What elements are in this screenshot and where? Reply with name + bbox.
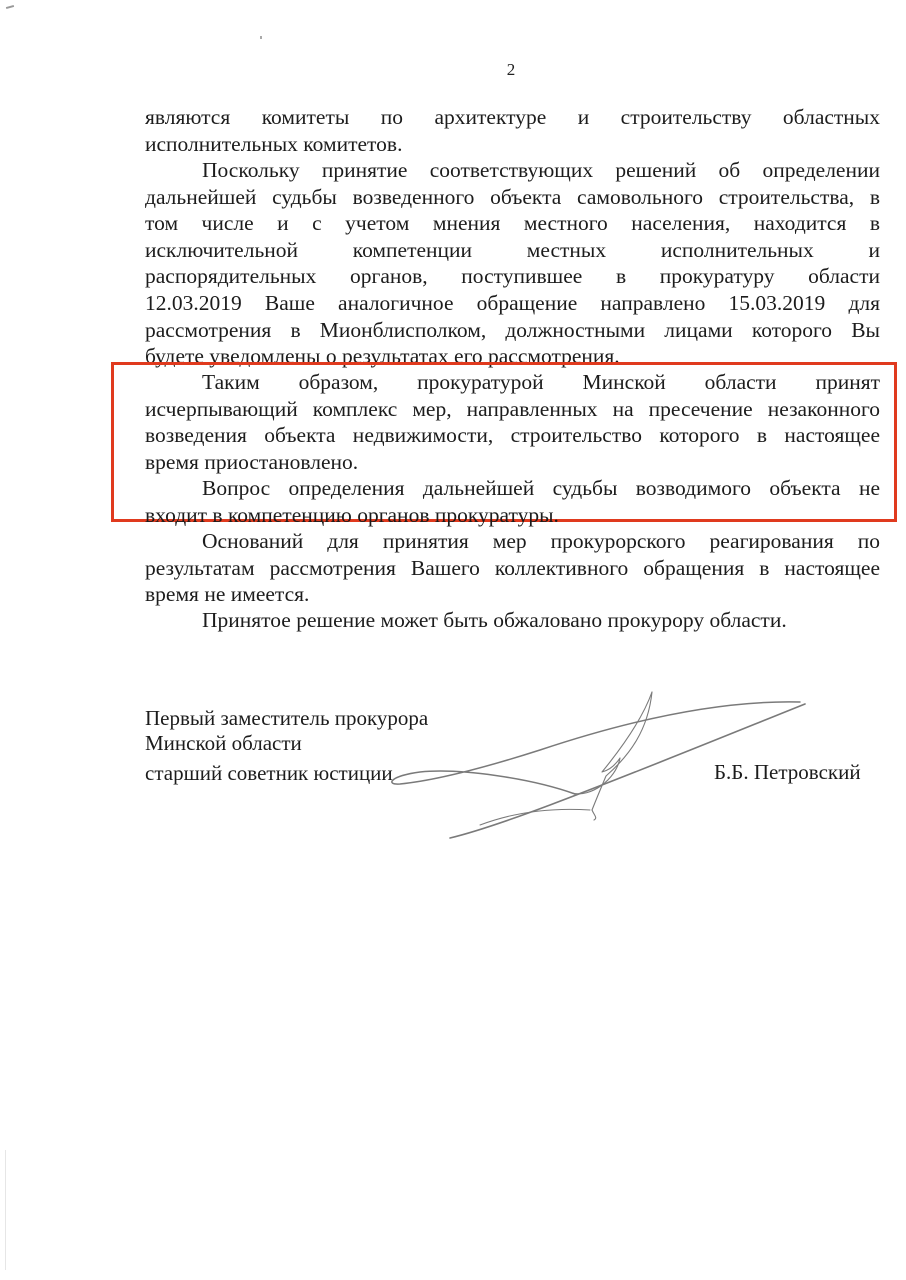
paragraph-out-of-competence: Вопрос определения дальнейшей судьбы воз… bbox=[145, 475, 880, 528]
text-line: возведения объекта недвижимости, строите… bbox=[145, 422, 880, 449]
paragraph-continuation: являются комитеты по архитектуре и строи… bbox=[145, 104, 880, 157]
text-line: Оснований для принятия мер прокурорского… bbox=[145, 528, 880, 555]
text-line: том числе и с учетом мнения местного нас… bbox=[145, 210, 880, 237]
text-line: время приостановлено. bbox=[145, 449, 880, 476]
text-line: 12.03.2019 Ваше аналогичное обращение на… bbox=[145, 290, 880, 317]
text-line: рассмотрения в Мионблисполком, должностн… bbox=[145, 317, 880, 344]
text-line: являются комитеты по архитектуре и строи… bbox=[145, 104, 880, 131]
text-line: Таким образом, прокуратурой Минской обла… bbox=[145, 369, 880, 396]
paragraph-decision-authority: Поскольку принятие соответствующих решен… bbox=[145, 157, 880, 370]
text-line: Принятое решение может быть обжаловано п… bbox=[145, 607, 880, 634]
page-number: 2 bbox=[0, 60, 906, 80]
text-line: входит в компетенцию органов прокуратуры… bbox=[145, 502, 880, 529]
scan-mark bbox=[6, 5, 14, 9]
paragraph-appeal: Принятое решение может быть обжаловано п… bbox=[145, 607, 880, 634]
scan-speck bbox=[260, 36, 262, 39]
scan-edge bbox=[5, 1150, 6, 1270]
signer-name: Б.Б. Петровский bbox=[714, 760, 861, 785]
text-line: Поскольку принятие соответствующих решен… bbox=[145, 157, 880, 184]
text-line: дальнейшей судьбы возведенного объекта с… bbox=[145, 184, 880, 211]
text-line: время не имеется. bbox=[145, 581, 880, 608]
text-line: исключительной компетенции местных испол… bbox=[145, 237, 880, 264]
document-page: 2 являются комитеты по архитектуре и стр… bbox=[0, 0, 906, 1280]
paragraph-measures-taken: Таким образом, прокуратурой Минской обла… bbox=[145, 369, 880, 475]
text-line: распорядительных органов, поступившее в … bbox=[145, 263, 880, 290]
paragraph-no-grounds: Оснований для принятия мер прокурорского… bbox=[145, 528, 880, 608]
text-line: Вопрос определения дальнейшей судьбы воз… bbox=[145, 475, 880, 502]
text-line: исполнительных комитетов. bbox=[145, 131, 880, 158]
text-line: результатам рассмотрения Вашего коллекти… bbox=[145, 555, 880, 582]
text-line: исчерпывающий комплекс мер, направленных… bbox=[145, 396, 880, 423]
